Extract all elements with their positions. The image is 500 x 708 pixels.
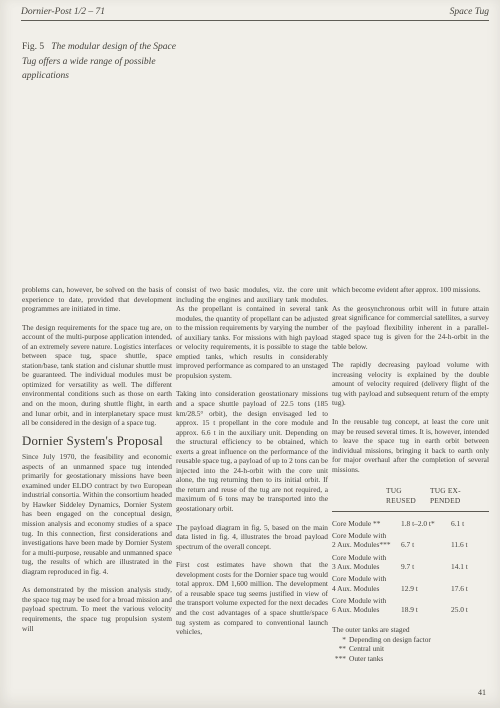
footnote-text: Depending on design factor <box>349 635 489 645</box>
section-heading: Dornier System's Proposal <box>22 437 172 447</box>
payload-table-header: TUG REUSED TUG EX- PENDED <box>332 486 489 506</box>
journal-title: Dornier-Post 1/2 – 71 <box>21 7 105 17</box>
paragraph: Since July 1970, the feasibility and eco… <box>22 452 172 576</box>
paragraph: First cost estimates have shown that the… <box>176 560 328 636</box>
table-footnotes: The outer tanks are staged * Depending o… <box>332 625 489 664</box>
paragraph: In the reusable tug concept, at least th… <box>332 417 489 474</box>
row-label: Core Module with 6 Aux. Modules <box>332 596 396 615</box>
row-label: Core Module with 2 Aux. Modules*** <box>332 531 396 550</box>
figure-caption-text: The modular design of the Space Tug offe… <box>22 42 176 81</box>
footnote-marker: * <box>332 635 346 645</box>
table-row: Core Module with 2 Aux. Modules*** 6.7 t… <box>332 531 489 550</box>
row-label: Core Module with 3 Aux. Modules <box>332 553 396 572</box>
footnote: *** Outer tanks <box>332 654 489 664</box>
figure-caption: Fig. 5The modular design of the Space Tu… <box>22 40 184 84</box>
footnote-text: Outer tanks <box>349 654 489 664</box>
footnote-text: Central unit <box>349 644 489 654</box>
row-value-expended: 6.1 t <box>451 519 489 529</box>
table-row: Core Module with 6 Aux. Modules 18.9 t 2… <box>332 596 489 615</box>
paragraph: which become evident after approx. 100 m… <box>332 285 489 295</box>
column-right: which become evident after approx. 100 m… <box>332 285 489 664</box>
body-columns: problems can, however, be solved on the … <box>22 285 489 664</box>
row-value-expended: 25.0 t <box>451 605 489 615</box>
footnote-intro: The outer tanks are staged <box>332 625 489 635</box>
paragraph: As demonstrated by the mission analysis … <box>22 585 172 633</box>
footnote: ** Central unit <box>332 644 489 654</box>
row-value-reused: 9.7 t <box>396 562 451 572</box>
row-value-reused: 12.9 t <box>396 584 451 594</box>
table-row: Core Module ** 1.8 t–2.0 t* 6.1 t <box>332 519 489 529</box>
footnote: * Depending on design factor <box>332 635 489 645</box>
running-head: Dornier-Post 1/2 – 71 Space Tug <box>21 7 489 21</box>
row-value-expended: 11.6 t <box>451 540 489 550</box>
paragraph: The design requirements for the space tu… <box>22 323 172 428</box>
footnote-marker: *** <box>332 654 346 664</box>
table-row: Core Module with 3 Aux. Modules 9.7 t 14… <box>332 553 489 572</box>
paragraph: Taking into consideration geostationary … <box>176 389 328 513</box>
paragraph: As the geosynchronous orbit will in futu… <box>332 304 489 352</box>
magazine-page: Dornier-Post 1/2 – 71 Space Tug Fig. 5Th… <box>0 0 500 708</box>
paragraph: The payload diagram in fig. 5, based on … <box>176 523 328 552</box>
row-value-reused: 6.7 t <box>396 540 451 550</box>
row-value-reused: 18.9 t <box>396 605 451 615</box>
table-rule <box>332 511 489 512</box>
footnote-marker: ** <box>332 644 346 654</box>
column-middle: consist of two basic modules, viz. the c… <box>176 285 328 664</box>
table-row: Core Module with 4 Aux. Modules 12.9 t 1… <box>332 574 489 593</box>
figure-5-placeholder <box>22 88 488 278</box>
column-header-tug-expended: TUG EX- PENDED <box>430 486 472 506</box>
page-number: 41 <box>478 688 486 697</box>
figure-label: Fig. 5 <box>22 42 44 52</box>
paragraph: problems can, however, be solved on the … <box>22 285 172 314</box>
paragraph: The rapidly decreasing payload volume wi… <box>332 360 489 408</box>
payload-table: TUG REUSED TUG EX- PENDED Core Module **… <box>332 486 489 664</box>
row-value-expended: 17.6 t <box>451 584 489 594</box>
section-title: Space Tug <box>450 7 489 17</box>
paragraph: consist of two basic modules, viz. the c… <box>176 285 328 380</box>
row-label: Core Module ** <box>332 519 396 529</box>
row-value-reused: 1.8 t–2.0 t* <box>396 519 451 529</box>
row-value-expended: 14.1 t <box>451 562 489 572</box>
row-label: Core Module with 4 Aux. Modules <box>332 574 396 593</box>
column-left: problems can, however, be solved on the … <box>22 285 172 664</box>
